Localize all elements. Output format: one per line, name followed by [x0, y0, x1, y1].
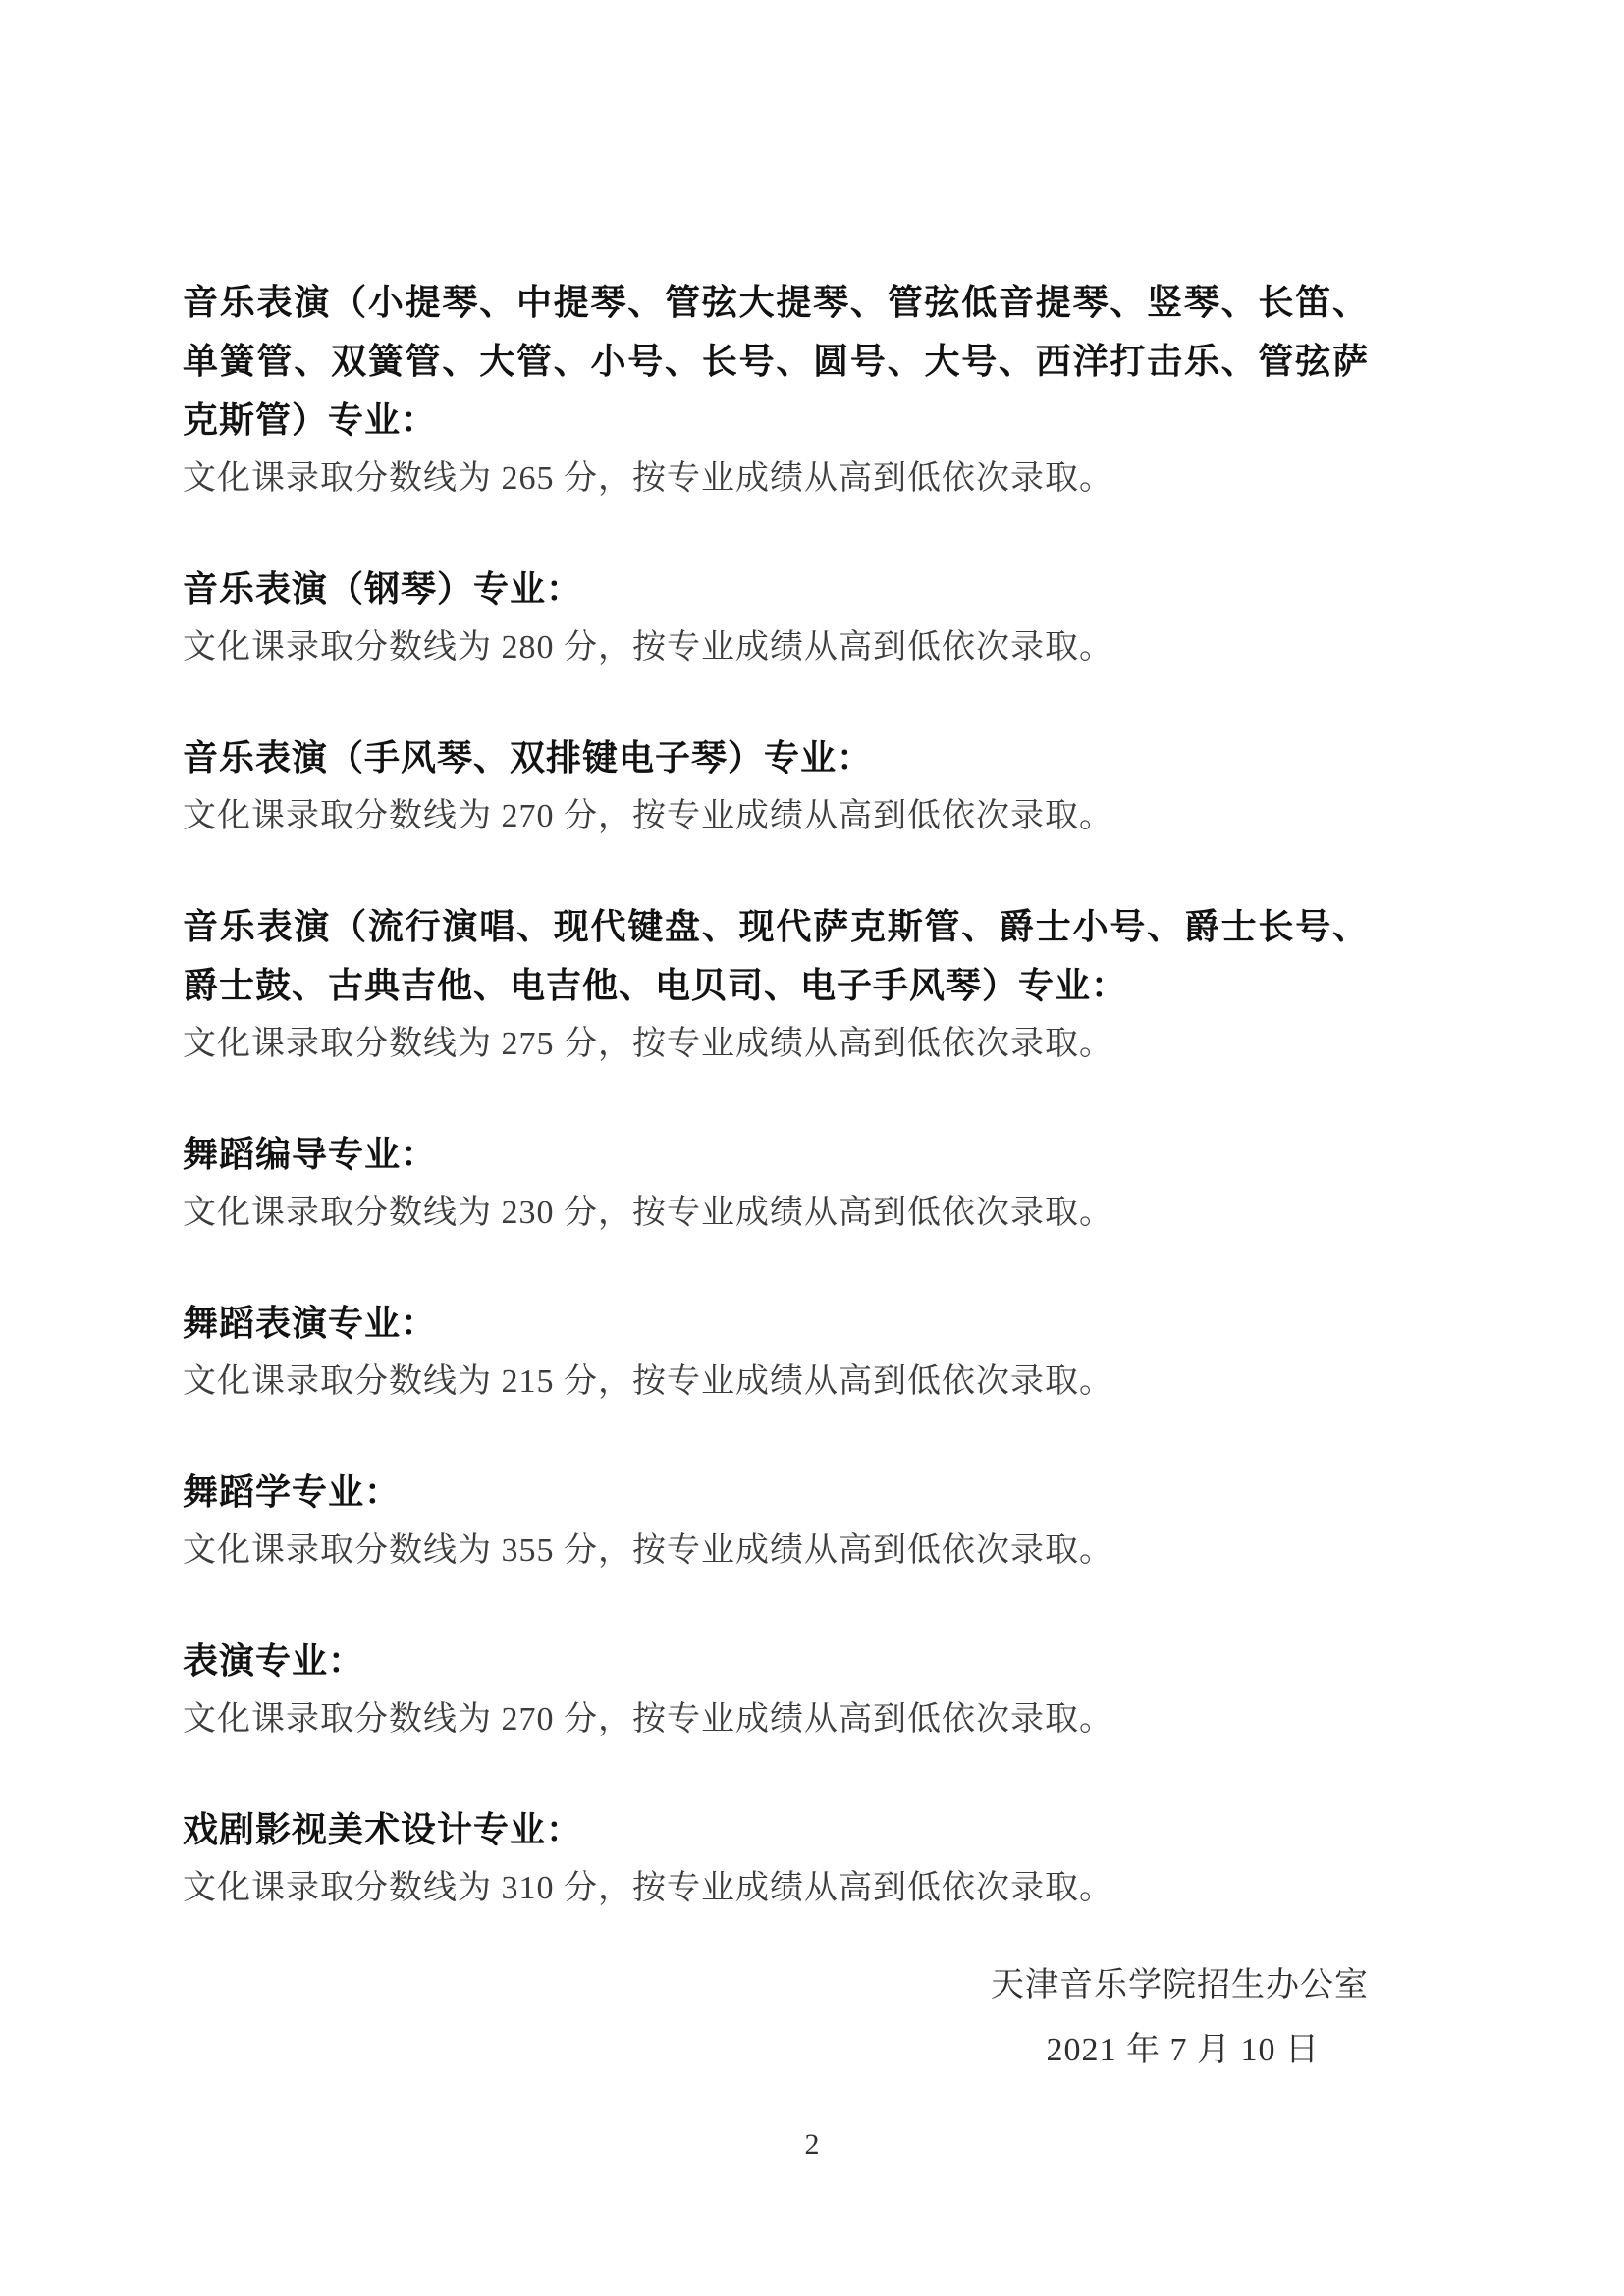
major-heading: 表演专业： [183, 1631, 1369, 1690]
score-line: 文化课录取分数线为 265 分，按专业成绩从高到低依次录取。 [183, 450, 1369, 508]
document-body: 音乐表演（小提琴、中提琴、管弦大提琴、管弦低音提琴、竖琴、长笛、单簧管、双簧管、… [183, 273, 1369, 1969]
score-line: 文化课录取分数线为 275 分，按专业成绩从高到低依次录取。 [183, 1015, 1369, 1074]
score-line: 文化课录取分数线为 355 分，按专业成绩从高到低依次录取。 [183, 1522, 1369, 1580]
page-number: 2 [0, 2128, 1624, 2162]
major-heading: 音乐表演（流行演唱、现代键盘、现代萨克斯管、爵士小号、爵士长号、爵士鼓、古典吉他… [183, 897, 1369, 1015]
score-line: 文化课录取分数线为 270 分，按专业成绩从高到低依次录取。 [183, 787, 1369, 846]
major-section: 表演专业： 文化课录取分数线为 270 分，按专业成绩从高到低依次录取。 [183, 1631, 1369, 1749]
major-section: 音乐表演（手风琴、双排键电子琴）专业： 文化课录取分数线为 270 分，按专业成… [183, 728, 1369, 846]
score-line: 文化课录取分数线为 280 分，按专业成绩从高到低依次录取。 [183, 618, 1369, 677]
major-heading: 舞蹈学专业： [183, 1463, 1369, 1522]
score-line: 文化课录取分数线为 310 分，按专业成绩从高到低依次录取。 [183, 1859, 1369, 1918]
major-heading: 音乐表演（手风琴、双排键电子琴）专业： [183, 728, 1369, 787]
document-page: 音乐表演（小提琴、中提琴、管弦大提琴、管弦低音提琴、竖琴、长笛、单簧管、双簧管、… [0, 0, 1624, 2296]
major-section: 音乐表演（流行演唱、现代键盘、现代萨克斯管、爵士小号、爵士长号、爵士鼓、古典吉他… [183, 897, 1369, 1074]
score-line: 文化课录取分数线为 230 分，按专业成绩从高到低依次录取。 [183, 1184, 1369, 1243]
major-section: 音乐表演（小提琴、中提琴、管弦大提琴、管弦低音提琴、竖琴、长笛、单簧管、双簧管、… [183, 273, 1369, 508]
major-section: 音乐表演（钢琴）专业： 文化课录取分数线为 280 分，按专业成绩从高到低依次录… [183, 560, 1369, 677]
major-heading: 舞蹈编导专业： [183, 1125, 1369, 1184]
major-heading: 舞蹈表演专业： [183, 1294, 1369, 1353]
major-heading: 音乐表演（小提琴、中提琴、管弦大提琴、管弦低音提琴、竖琴、长笛、单簧管、双簧管、… [183, 273, 1369, 450]
major-section: 舞蹈学专业： 文化课录取分数线为 355 分，按专业成绩从高到低依次录取。 [183, 1463, 1369, 1580]
major-heading: 音乐表演（钢琴）专业： [183, 560, 1369, 618]
score-line: 文化课录取分数线为 270 分，按专业成绩从高到低依次录取。 [183, 1690, 1369, 1749]
major-section: 舞蹈表演专业： 文化课录取分数线为 215 分，按专业成绩从高到低依次录取。 [183, 1294, 1369, 1412]
major-heading: 戏剧影视美术设计专业： [183, 1800, 1369, 1859]
score-line: 文化课录取分数线为 215 分，按专业成绩从高到低依次录取。 [183, 1353, 1369, 1412]
major-section: 戏剧影视美术设计专业： 文化课录取分数线为 310 分，按专业成绩从高到低依次录… [183, 1800, 1369, 1918]
document-footer: 天津音乐学院招生办公室 2021 年 7 月 10 日 [183, 1956, 1369, 2080]
date: 2021 年 7 月 10 日 [183, 2021, 1369, 2080]
major-section: 舞蹈编导专业： 文化课录取分数线为 230 分，按专业成绩从高到低依次录取。 [183, 1125, 1369, 1243]
signature: 天津音乐学院招生办公室 [183, 1956, 1369, 2015]
